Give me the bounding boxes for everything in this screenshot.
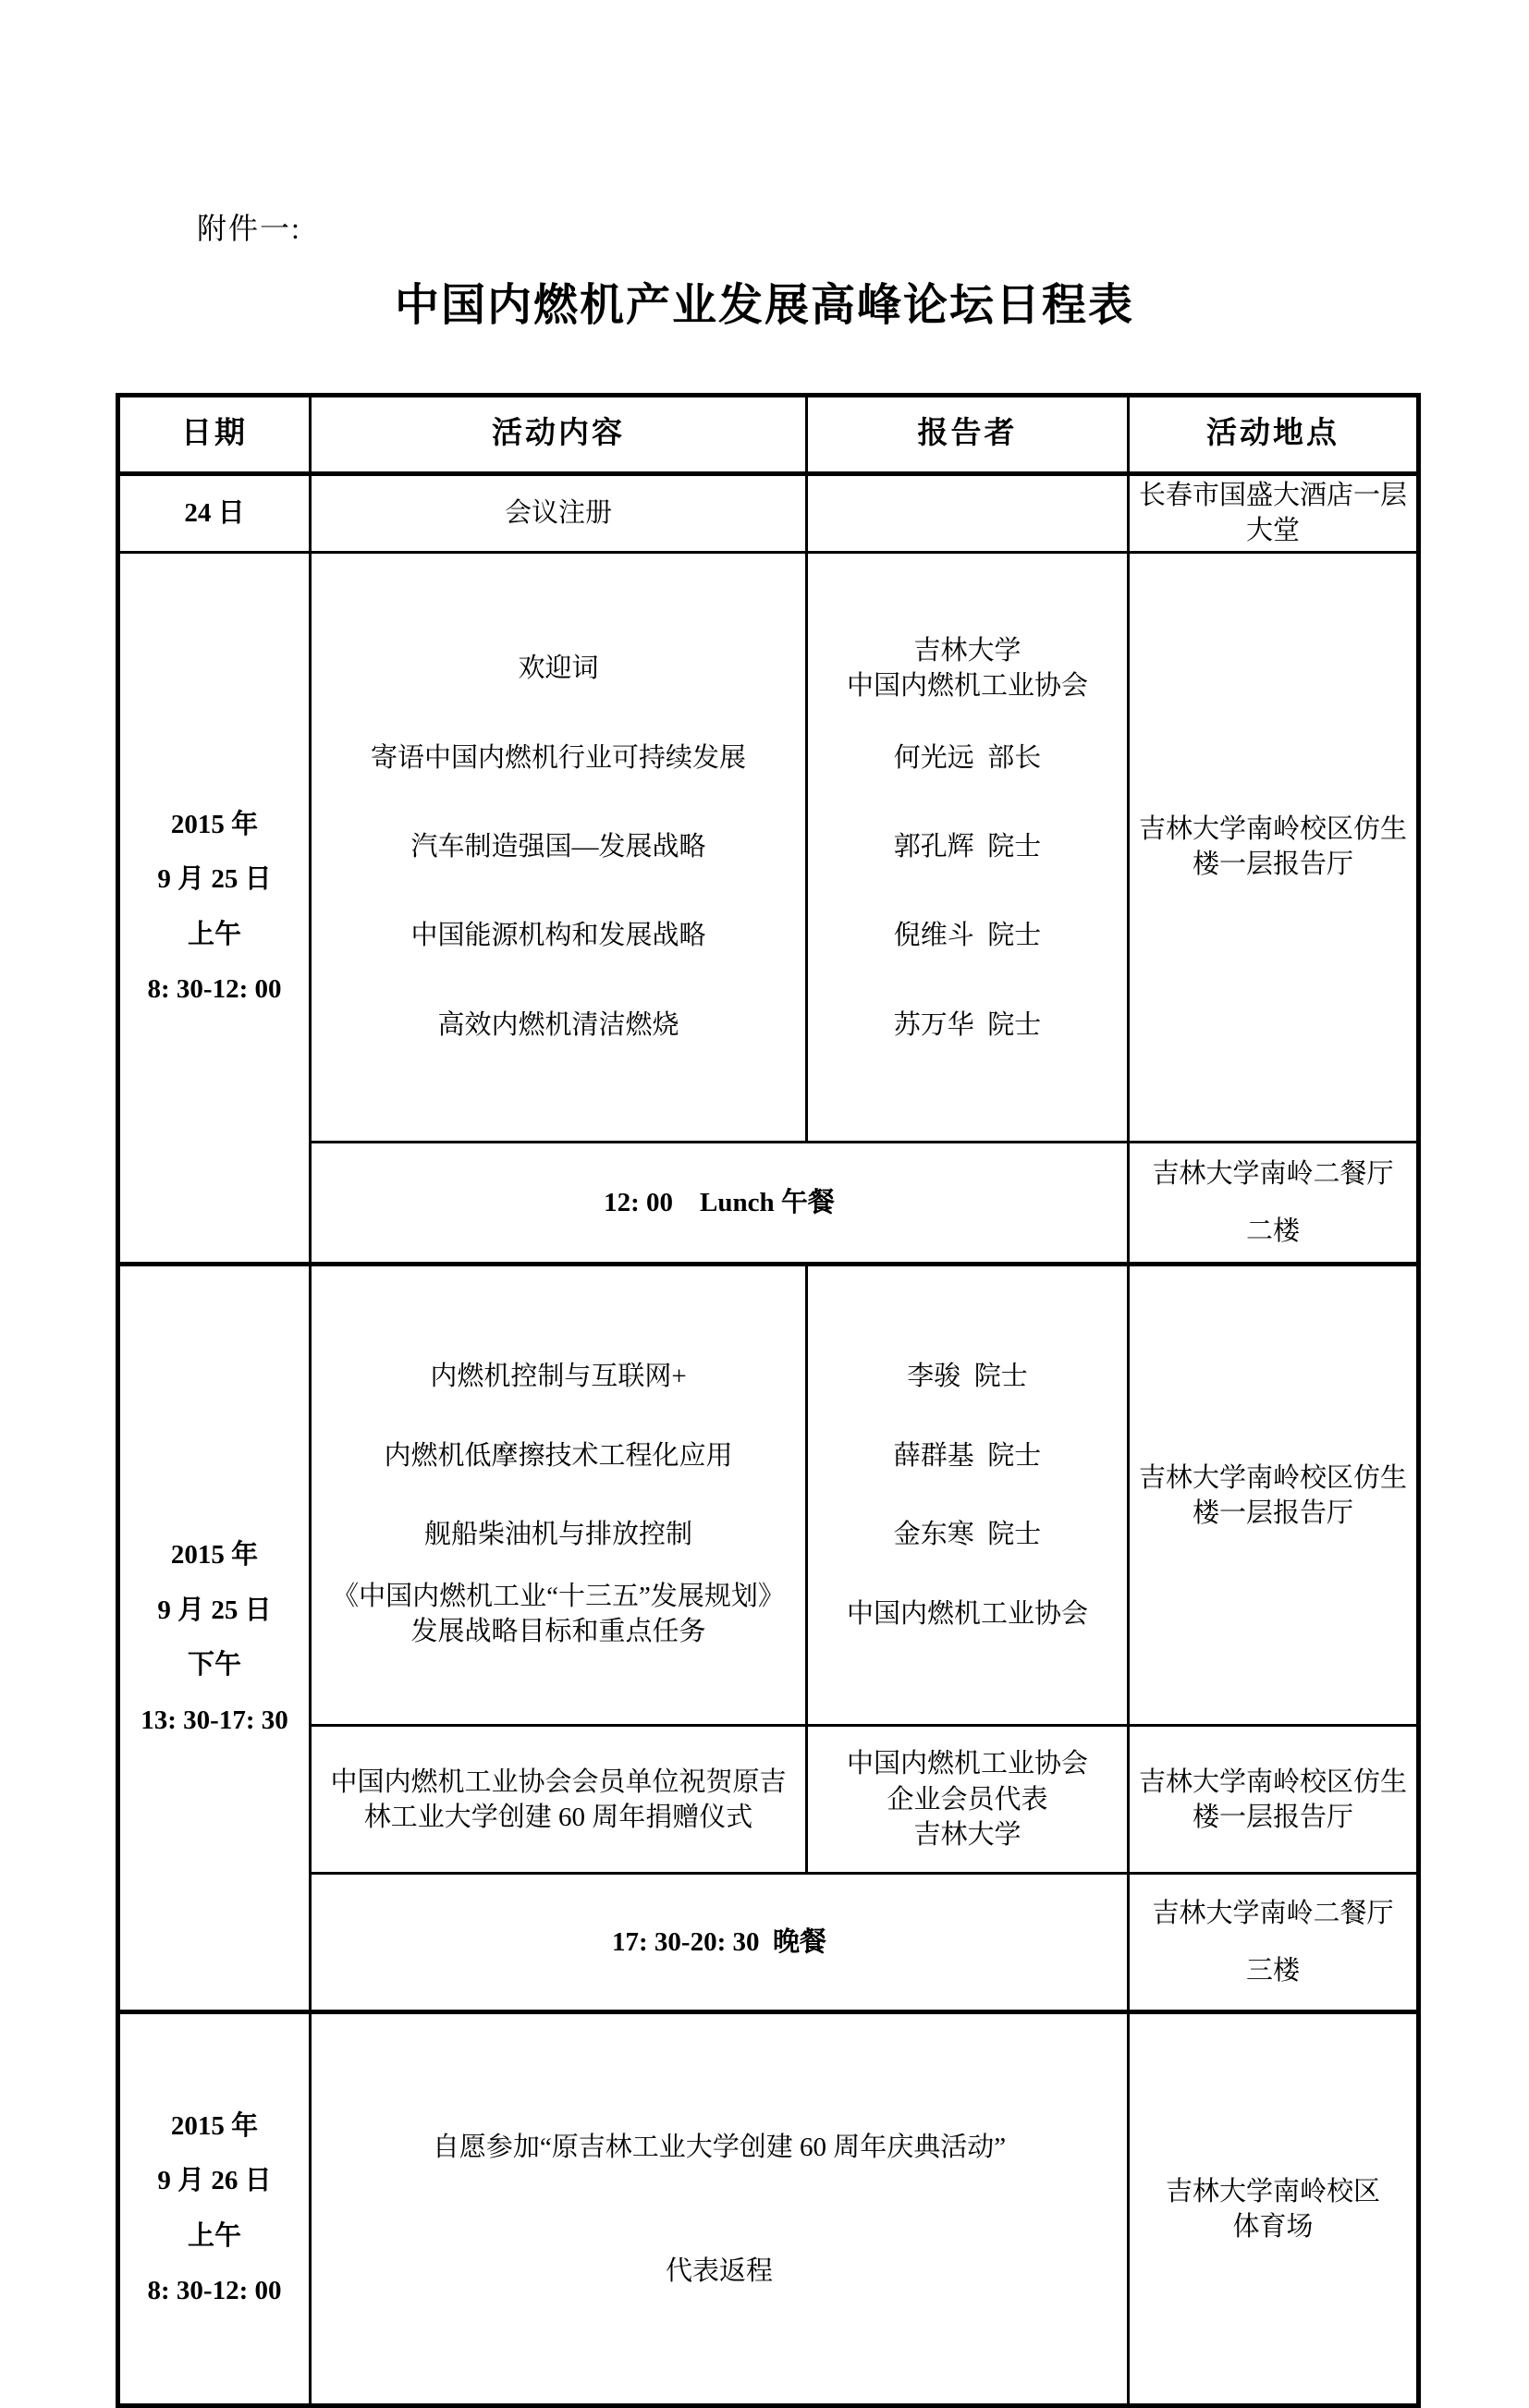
registration-speaker-cell	[807, 474, 1129, 553]
registration-location-cell: 长春市国盛大酒店一层 大堂	[1129, 474, 1419, 553]
table-header-row: 日期 活动内容 报告者 活动地点	[118, 396, 1419, 474]
donation-row: 中国内燃机工业协会会员单位祝贺原吉 林工业大学创建 60 周年捐赠仪式 中国内燃…	[118, 1726, 1419, 1874]
day26-activities-list: 自愿参加“原吉林工业大学创建 60 周年庆典活动” 代表返程	[312, 2085, 1127, 2333]
registration-date-cell: 24 日	[118, 474, 311, 553]
activity-item: 代表返程	[312, 2209, 1127, 2333]
col-header-date: 日期	[118, 396, 311, 474]
afternoon-speakers-cell: 李骏 院士 薛群基 院士 金东寒 院士 中国内燃机工业协会	[807, 1265, 1129, 1726]
lunch-label-cell: 12: 00 Lunch 午餐	[311, 1142, 1129, 1265]
activity-item: 舰船柴油机与排放控制	[312, 1496, 805, 1575]
activity-item: 内燃机控制与互联网+	[312, 1338, 805, 1417]
activity-item: 寄语中国内燃机行业可持续发展	[312, 713, 805, 801]
registration-activity-cell: 会议注册	[311, 474, 807, 553]
morning-speakers-list: 吉林大学 中国内燃机工业协会 何光远 部长 郭孔辉 院士 倪维斗 院士 苏万华 …	[808, 624, 1127, 1070]
activity-item: 内燃机低摩擦技术工程化应用	[312, 1416, 805, 1496]
afternoon-date-cell: 2015 年 9 月 25 日 下午 13: 30-17: 30	[118, 1265, 311, 2012]
speaker-item: 吉林大学 中国内燃机工业协会	[808, 624, 1127, 713]
morning-activities-list: 欢迎词 寄语中国内燃机行业可持续发展 汽车制造强国—发展战略 中国能源机构和发展…	[312, 624, 805, 1070]
dinner-row: 17: 30-20: 30 晚餐 吉林大学南岭二餐厅 三楼	[118, 1874, 1419, 2012]
activity-item: 《中国内燃机工业“十三五”发展规划》 发展战略目标和重点任务	[312, 1574, 805, 1654]
speaker-item: 薛群基 院士	[808, 1416, 1127, 1496]
speaker-item: 倪维斗 院士	[808, 891, 1127, 980]
activity-item: 汽车制造强国—发展战略	[312, 802, 805, 891]
afternoon-speakers-list: 李骏 院士 薛群基 院士 金东寒 院士 中国内燃机工业协会	[808, 1338, 1127, 1654]
activity-item: 高效内燃机清洁燃烧	[312, 981, 805, 1070]
col-header-location: 活动地点	[1129, 396, 1419, 474]
speaker-item: 李骏 院士	[808, 1338, 1127, 1417]
activity-item: 自愿参加“原吉林工业大学创建 60 周年庆典活动”	[312, 2085, 1127, 2209]
morning-speakers-cell: 吉林大学 中国内燃机工业协会 何光远 部长 郭孔辉 院士 倪维斗 院士 苏万华 …	[807, 552, 1129, 1142]
col-header-activity: 活动内容	[311, 396, 807, 474]
afternoon-location-cell: 吉林大学南岭校区仿生 楼一层报告厅	[1129, 1265, 1419, 1726]
day26-activities-cell: 自愿参加“原吉林工业大学创建 60 周年庆典活动” 代表返程	[311, 2012, 1129, 2406]
speaker-item: 何光远 部长	[808, 713, 1127, 801]
donation-location-cell: 吉林大学南岭校区仿生 楼一层报告厅	[1129, 1726, 1419, 1874]
afternoon-activities-cell: 内燃机控制与互联网+ 内燃机低摩擦技术工程化应用 舰船柴油机与排放控制 《中国内…	[311, 1265, 807, 1726]
col-header-speaker: 报告者	[807, 396, 1129, 474]
dinner-label-cell: 17: 30-20: 30 晚餐	[311, 1874, 1129, 2012]
registration-row: 24 日 会议注册 长春市国盛大酒店一层 大堂	[118, 474, 1419, 553]
day26-date-cell: 2015 年 9 月 26 日 上午 8: 30-12: 00	[118, 2012, 311, 2406]
dinner-location-cell: 吉林大学南岭二餐厅 三楼	[1129, 1874, 1419, 2012]
page-title: 中国内燃机产业发展高峰论坛日程表	[0, 269, 1529, 333]
speaker-item: 金东寒 院士	[808, 1496, 1127, 1575]
activity-item: 中国能源机构和发展战略	[312, 891, 805, 980]
speaker-item: 苏万华 院士	[808, 981, 1127, 1070]
morning-activities-cell: 欢迎词 寄语中国内燃机行业可持续发展 汽车制造强国—发展战略 中国能源机构和发展…	[311, 552, 807, 1142]
day26-row: 2015 年 9 月 26 日 上午 8: 30-12: 00 自愿参加“原吉林…	[118, 2012, 1419, 2406]
lunch-row: 12: 00 Lunch 午餐 吉林大学南岭二餐厅 二楼	[118, 1142, 1419, 1265]
morning-session-row: 2015 年 9 月 25 日 上午 8: 30-12: 00 欢迎词 寄语中国…	[118, 552, 1419, 1142]
speaker-item: 中国内燃机工业协会	[808, 1574, 1127, 1654]
morning-location-cell: 吉林大学南岭校区仿生 楼一层报告厅	[1129, 552, 1419, 1142]
morning-date-cell: 2015 年 9 月 25 日 上午 8: 30-12: 00	[118, 552, 311, 1265]
donation-activity-cell: 中国内燃机工业协会会员单位祝贺原吉 林工业大学创建 60 周年捐赠仪式	[311, 1726, 807, 1874]
donation-speaker-cell: 中国内燃机工业协会 企业会员代表 吉林大学	[807, 1726, 1129, 1874]
day26-location-cell: 吉林大学南岭校区 体育场	[1129, 2012, 1419, 2406]
speaker-item: 郭孔辉 院士	[808, 802, 1127, 891]
afternoon-session-row: 2015 年 9 月 25 日 下午 13: 30-17: 30 内燃机控制与互…	[118, 1265, 1419, 1726]
document-page: 附件一: 中国内燃机产业发展高峰论坛日程表 日期 活动内容 报告者 活动地点 2…	[0, 0, 1529, 2162]
lunch-location-cell: 吉林大学南岭二餐厅 二楼	[1129, 1142, 1419, 1265]
afternoon-activities-list: 内燃机控制与互联网+ 内燃机低摩擦技术工程化应用 舰船柴油机与排放控制 《中国内…	[312, 1338, 805, 1654]
activity-item: 欢迎词	[312, 624, 805, 713]
attachment-label: 附件一:	[197, 205, 301, 248]
schedule-table: 日期 活动内容 报告者 活动地点 24 日 会议注册 长春市国盛大酒店一层 大堂…	[116, 393, 1421, 2408]
